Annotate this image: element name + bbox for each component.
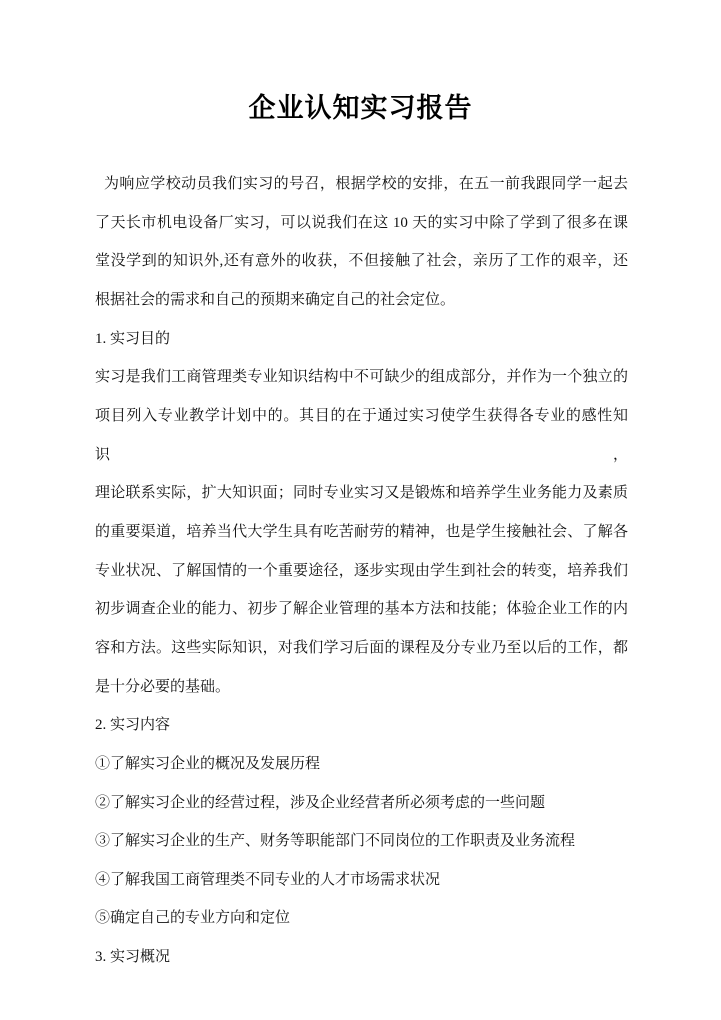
section-heading: 1. 实习目的 (95, 320, 628, 359)
list-item: ③了解实习企业的生产、财务等职能部门不同岗位的工作职责及业务流程 (95, 822, 628, 861)
list-item: ①了解实习企业的概况及发展历程 (95, 745, 628, 784)
list-item: ⑤确定自己的专业方向和定位 (95, 899, 628, 938)
document-title: 企业认知实习报告 (0, 86, 721, 125)
text-line: 是十分必要的基础。 (95, 668, 628, 707)
text-line: 了天长市机电设备厂实习，可以说我们在这 10 天的实习中除了学到了很多在课 (95, 204, 628, 243)
list-item: ②了解实习企业的经营过程，涉及企业经营者所必须考虑的一些问题 (95, 784, 628, 823)
text-line: 为响应学校动员我们实习的号召，根据学校的安排，在五一前我跟同学一起去 (95, 165, 628, 204)
text-line: 堂没学到的知识外,还有意外的收获，不但接触了社会，亲历了工作的艰辛，还 (95, 242, 628, 281)
section-heading: 2. 实习内容 (95, 706, 628, 745)
list-item: ④了解我国工商管理类不同专业的人才市场需求状况 (95, 861, 628, 900)
text-line: 项目列入专业教学计划中的。其目的在于通过实习使学生获得各专业的感性知识， (95, 397, 628, 474)
section-heading: 3. 实习概况 (95, 938, 628, 977)
text-line: 初步调查企业的能力、初步了解企业管理的基本方法和技能；体验企业工作的内 (95, 590, 628, 629)
document-body: 为响应学校动员我们实习的号召，根据学校的安排，在五一前我跟同学一起去 了天长市机… (95, 165, 628, 977)
document-page: 企业认知实习报告 为响应学校动员我们实习的号召，根据学校的安排，在五一前我跟同学… (0, 0, 721, 1020)
text-line: 根据社会的需求和自己的预期来确定自己的社会定位。 (95, 281, 628, 320)
text-line: 理论联系实际，扩大知识面；同时专业实习又是锻炼和培养学生业务能力及素质 (95, 474, 628, 513)
text-line: 容和方法。这些实际知识，对我们学习后面的课程及分专业乃至以后的工作，都 (95, 629, 628, 668)
text-line: 的重要渠道，培养当代大学生具有吃苦耐劳的精神，也是学生接触社会、了解各 (95, 513, 628, 552)
text-line: 实习是我们工商管理类专业知识结构中不可缺少的组成部分，并作为一个独立的 (95, 358, 628, 397)
text-line: 专业状况、了解国情的一个重要途径，逐步实现由学生到社会的转变，培养我们 (95, 552, 628, 591)
